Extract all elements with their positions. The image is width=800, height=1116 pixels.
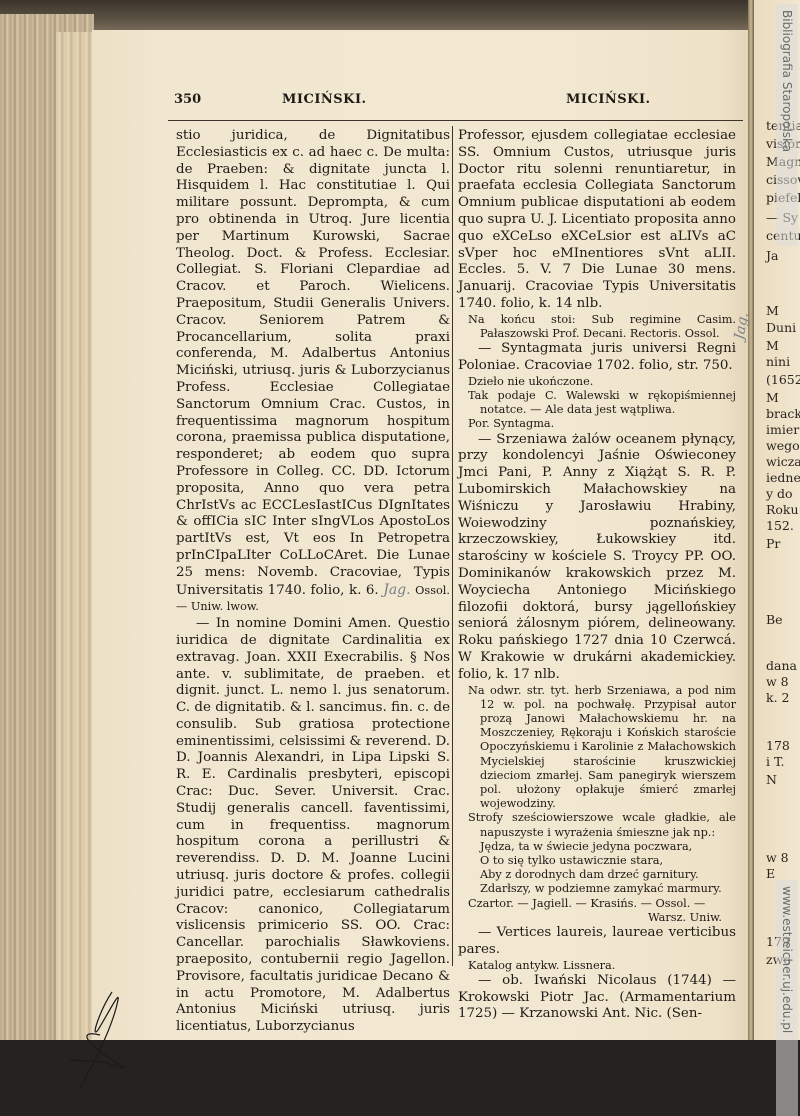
library-locations: Warsz. Uniw.	[458, 911, 736, 925]
next-page-text-fragment: Be	[766, 614, 783, 627]
next-page-text-fragment: w 8	[766, 852, 789, 865]
page-stack-left	[0, 14, 94, 1044]
next-page-text-fragment: imier	[766, 424, 799, 437]
entry-note: Por. Syntagma.	[458, 417, 736, 431]
verse-line: O to się tylko ustawicznie stara,	[458, 854, 736, 868]
library-locations: Czartor. — Jagiell. — Krasińs. — Ossol. …	[458, 897, 736, 911]
running-head-left: MICIŃSKI.	[282, 92, 367, 107]
next-page-text-fragment: k. 2	[766, 692, 789, 705]
entry-note: Strofy sześciowierszowe wcale gładkie, a…	[458, 811, 736, 839]
handwritten-note: Jag.	[383, 582, 410, 598]
right-column: Professor, ejusdem collegiatae ecclesiae…	[458, 128, 736, 1023]
next-page-text-fragment: M	[766, 305, 779, 318]
next-page-text-fragment: i T.	[766, 756, 784, 769]
next-page-text-fragment: brack	[766, 408, 800, 421]
entry-text: Professor, ejusdem collegiatae ecclesiae…	[458, 128, 736, 313]
verse-line: Jędza, ta w świecie jedyna poczwara,	[458, 840, 736, 854]
next-page-text-fragment: nini	[766, 356, 790, 369]
watermark-top: Bibliografia Staropolska	[776, 4, 798, 246]
page-number: 350	[174, 92, 201, 107]
left-column: stio juridica, de Dignitatibus Ecclesias…	[176, 128, 450, 1036]
next-page-text-fragment: Ja	[766, 250, 778, 263]
next-page-text-fragment: Roku	[766, 504, 799, 517]
entry-text: — Vertices laureis, laureae verticibus p…	[458, 925, 736, 959]
entry-note: Na odwr. str. tyt. herb Srzeniawa, a pod…	[458, 684, 736, 812]
next-page-text-fragment: M	[766, 392, 779, 405]
next-page-text-fragment: (1652	[766, 374, 800, 387]
running-head-right: MICIŃSKI.	[566, 92, 651, 107]
signature-icon	[60, 990, 170, 1100]
verse-line: Zdarłszy, w podziemne zamykać marmury.	[458, 882, 736, 896]
entry-note: Dzieło nie ukończone.	[458, 375, 736, 389]
next-page-text-fragment: 152.	[766, 520, 794, 533]
next-page-text-fragment: iedne	[766, 472, 800, 485]
book-top-edge	[0, 0, 780, 32]
entry-text: — Srzeniawa żalów oceanem płynący, przy …	[458, 432, 736, 684]
next-page-text-fragment: dana	[766, 660, 797, 673]
entry-text: — In nomine Domini Amen. Questio iuridic…	[176, 616, 450, 1036]
entry-text: — ob. Iwański Nicolaus (1744) — Krokowsk…	[458, 973, 736, 1023]
next-page-text-fragment: E	[766, 868, 775, 881]
entry-text: — Syntagmata juris universi Regni Poloni…	[458, 341, 736, 375]
next-page-text-fragment: y do	[766, 488, 793, 501]
header-rule	[168, 120, 743, 121]
next-page-text-fragment: Pr	[766, 538, 780, 551]
next-page-text-fragment: wego	[766, 440, 800, 453]
next-page-text-fragment: N	[766, 774, 777, 787]
page-stack-inner	[56, 32, 94, 1052]
page-header: 350 MICIŃSKI. MICIŃSKI.	[174, 92, 744, 112]
next-page-text-fragment: w 8	[766, 676, 789, 689]
next-page-text-fragment: Duni	[766, 322, 796, 335]
column-divider	[452, 126, 453, 966]
entry-note: Tak podaje C. Walewski w rękopiśmiennej …	[458, 389, 736, 417]
entry-note: Katalog antykw. Lissnera.	[458, 959, 736, 973]
next-page-text-fragment: wicza	[766, 456, 800, 469]
next-page-text-fragment: M	[766, 340, 779, 353]
entry-text: stio juridica, de Dignitatibus Ecclesias…	[176, 128, 450, 598]
watermark-bottom: www.estreicher.uj.edu.pl	[776, 880, 798, 1116]
next-page-text-fragment: 178	[766, 740, 790, 753]
verse-line: Aby z dorodnych dam drzeć garnitury.	[458, 868, 736, 882]
book-scan: tentiavisionMagnecissovpiefel— SycentuJa…	[0, 0, 800, 1116]
entry-note: Na końcu stoi: Sub regimine Casim. Pałas…	[458, 313, 736, 341]
